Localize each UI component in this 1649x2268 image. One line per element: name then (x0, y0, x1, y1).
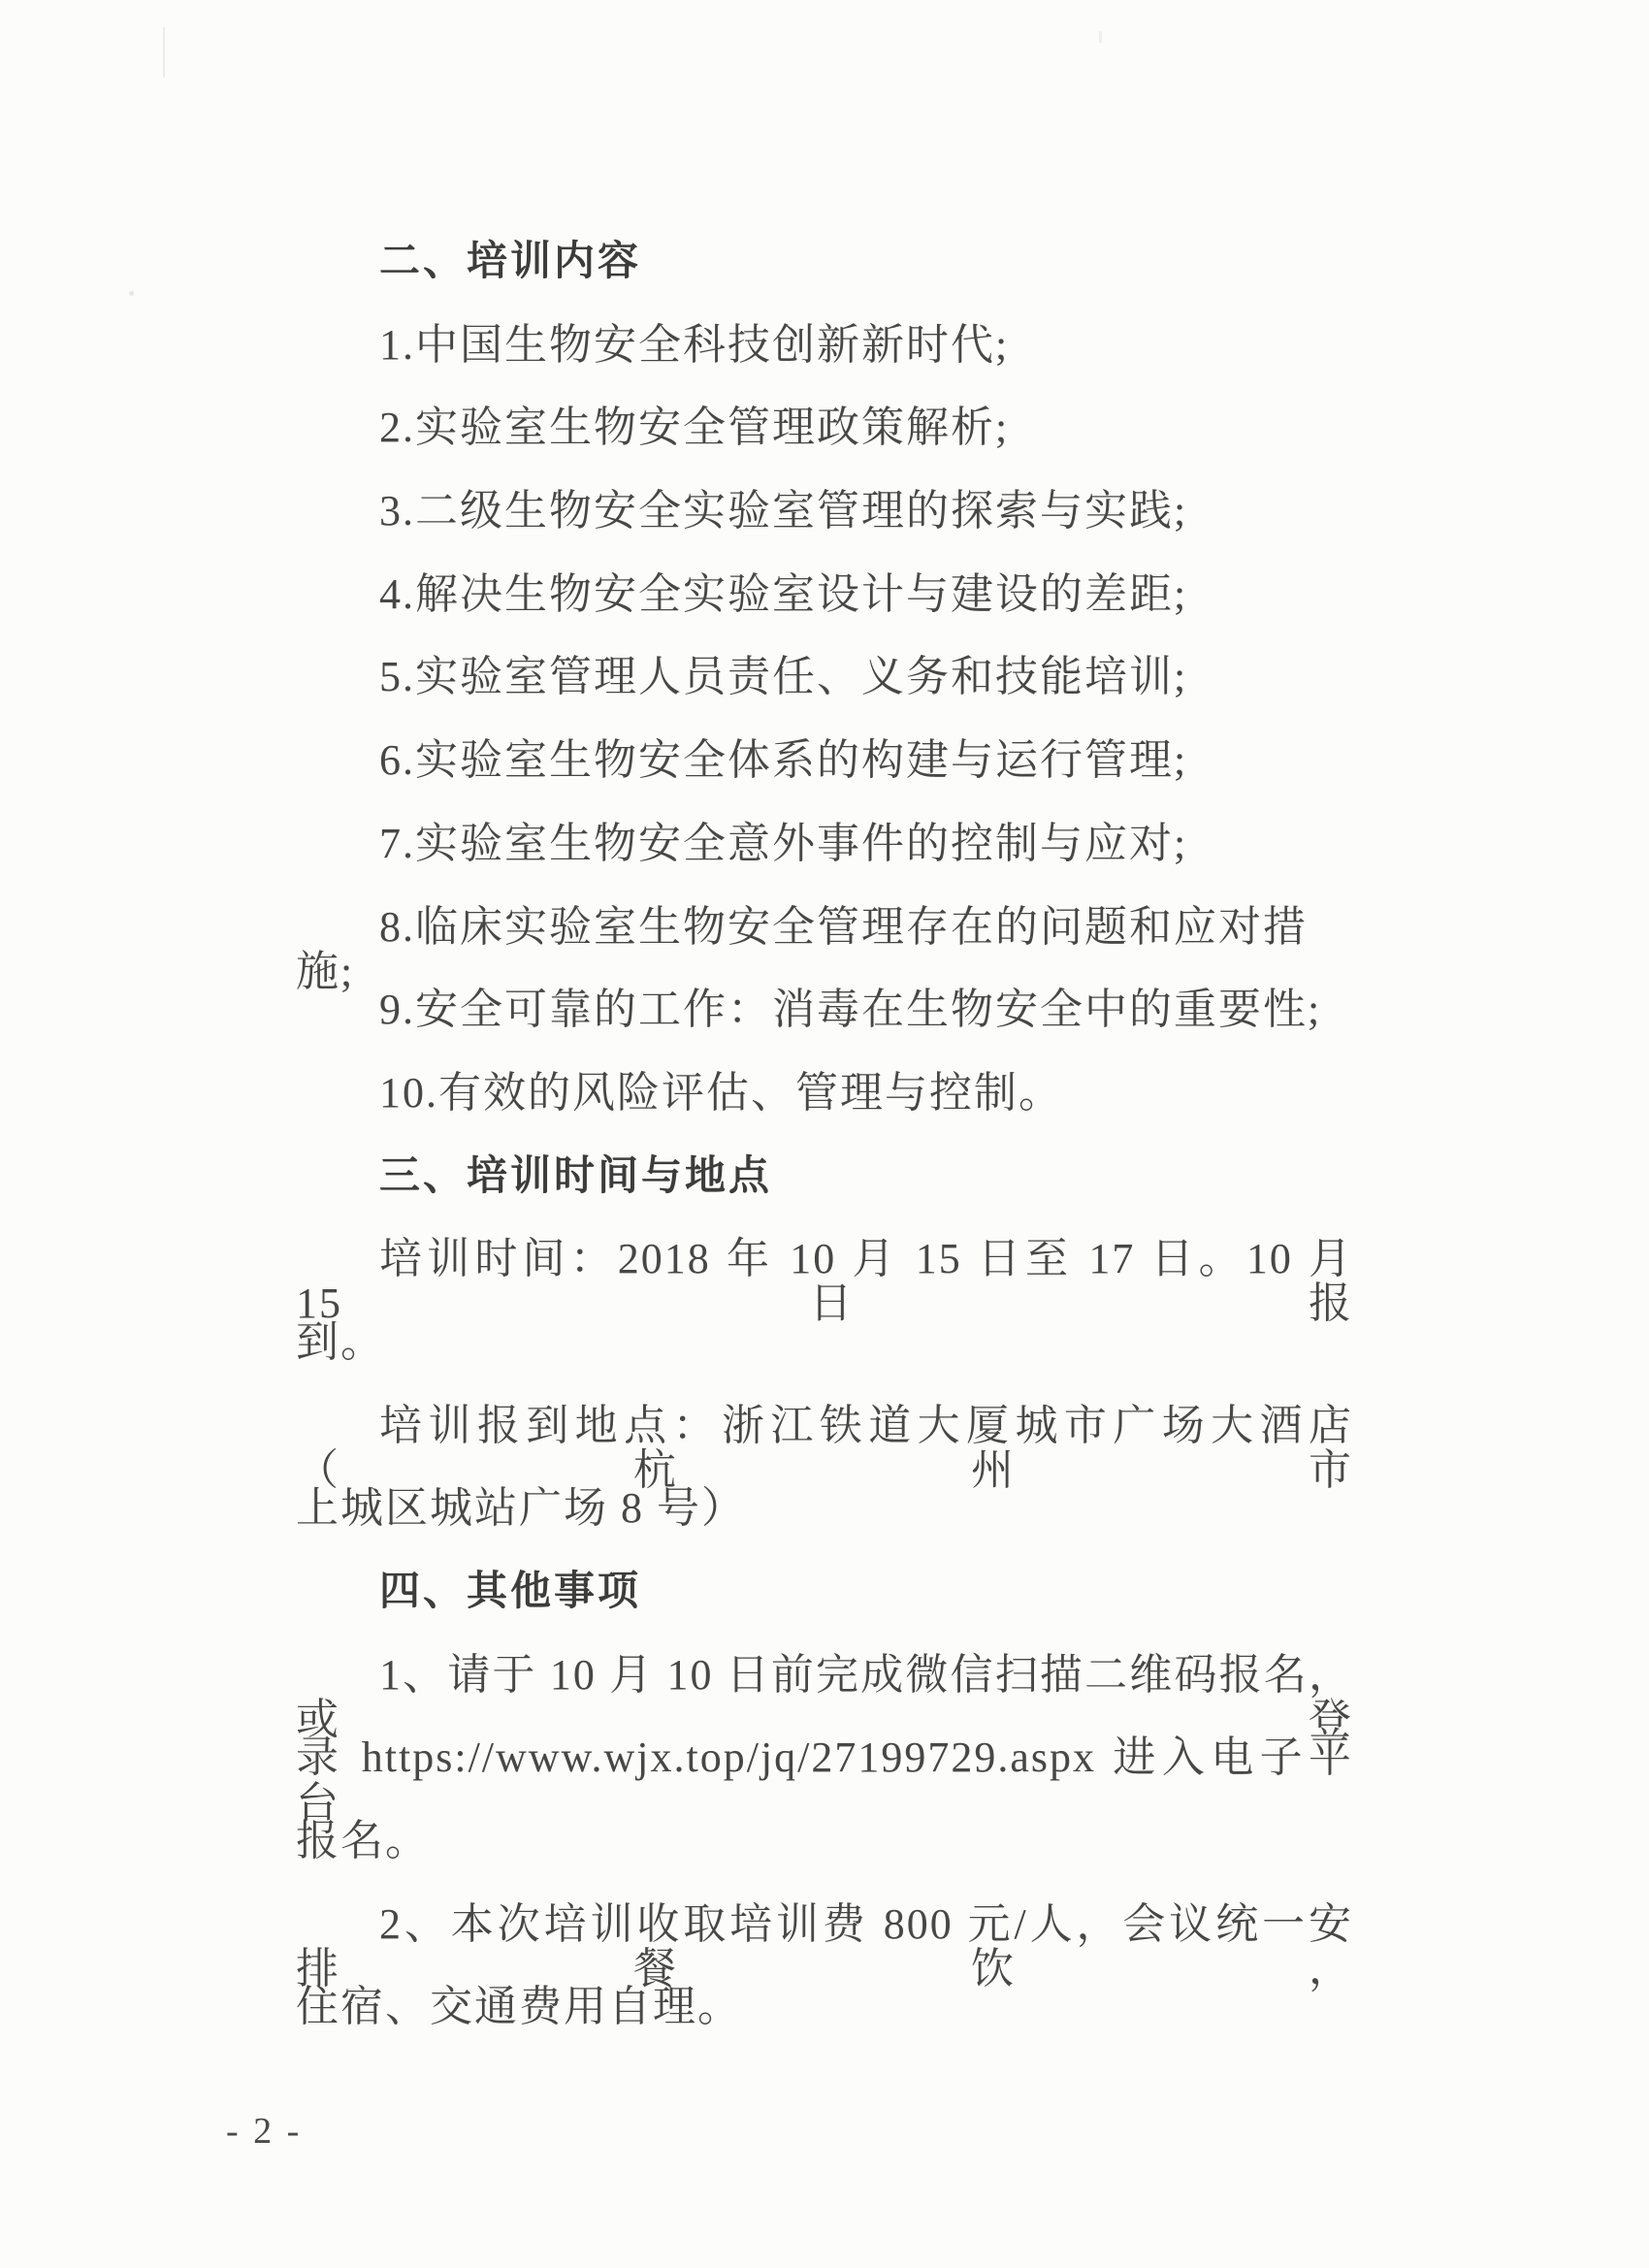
list-item: 5.实验室管理人员责任、义务和技能培训; (296, 655, 1353, 738)
section-heading-training-content: 二、培训内容 (296, 240, 1353, 323)
scan-artifact (1099, 31, 1102, 43)
list-item: 8.临床实验室生物安全管理存在的问题和应对措施; (296, 905, 1353, 988)
document-page: 二、培训内容 1.中国生物安全科技创新新时代; 2.实验室生物安全管理政策解析;… (296, 240, 1353, 2068)
scan-artifact (129, 291, 134, 296)
paragraph-line: 上城区城站广场 8 号） (296, 1486, 1353, 1570)
page-number: - 2 - (226, 2110, 302, 2153)
paragraph-line: 住宿、交通费用自理。 (296, 1985, 1353, 2068)
section-heading-time-location: 三、培训时间与地点 (296, 1154, 1353, 1238)
list-item: 1.中国生物安全科技创新新时代; (296, 323, 1353, 406)
paragraph-line: 到。 (296, 1320, 1353, 1404)
list-item: 6.实验室生物安全体系的构建与运行管理; (296, 738, 1353, 822)
paragraph-line: 2、本次培训收取培训费 800 元/人，会议统一安排餐饮， (296, 1902, 1353, 1986)
paragraph-line: 1、请于 10 月 10 日前完成微信扫描二维码报名，或登 (296, 1653, 1353, 1736)
list-item: 10.有效的风险评估、管理与控制。 (296, 1071, 1353, 1154)
section-heading-other-matters: 四、其他事项 (296, 1570, 1353, 1653)
paragraph-line: 培训时间：2018 年 10 月 15 日至 17 日。10 月 15 日报 (296, 1237, 1353, 1320)
list-item: 7.实验室生物安全意外事件的控制与应对; (296, 822, 1353, 905)
list-item: 3.二级生物安全实验室管理的探索与实践; (296, 489, 1353, 572)
paragraph-line: 报名。 (296, 1819, 1353, 1902)
list-item: 4.解决生物安全实验室设计与建设的差距; (296, 572, 1353, 656)
paragraph-line-url: 录 https://www.wjx.top/jq/27199729.aspx 进… (296, 1735, 1353, 1819)
paragraph-line: 培训报到地点：浙江铁道大厦城市广场大酒店（杭州市 (296, 1404, 1353, 1487)
scan-artifact (163, 27, 165, 78)
list-item: 9.安全可靠的工作：消毒在生物安全中的重要性; (296, 988, 1353, 1071)
list-item: 2.实验室生物安全管理政策解析; (296, 405, 1353, 489)
